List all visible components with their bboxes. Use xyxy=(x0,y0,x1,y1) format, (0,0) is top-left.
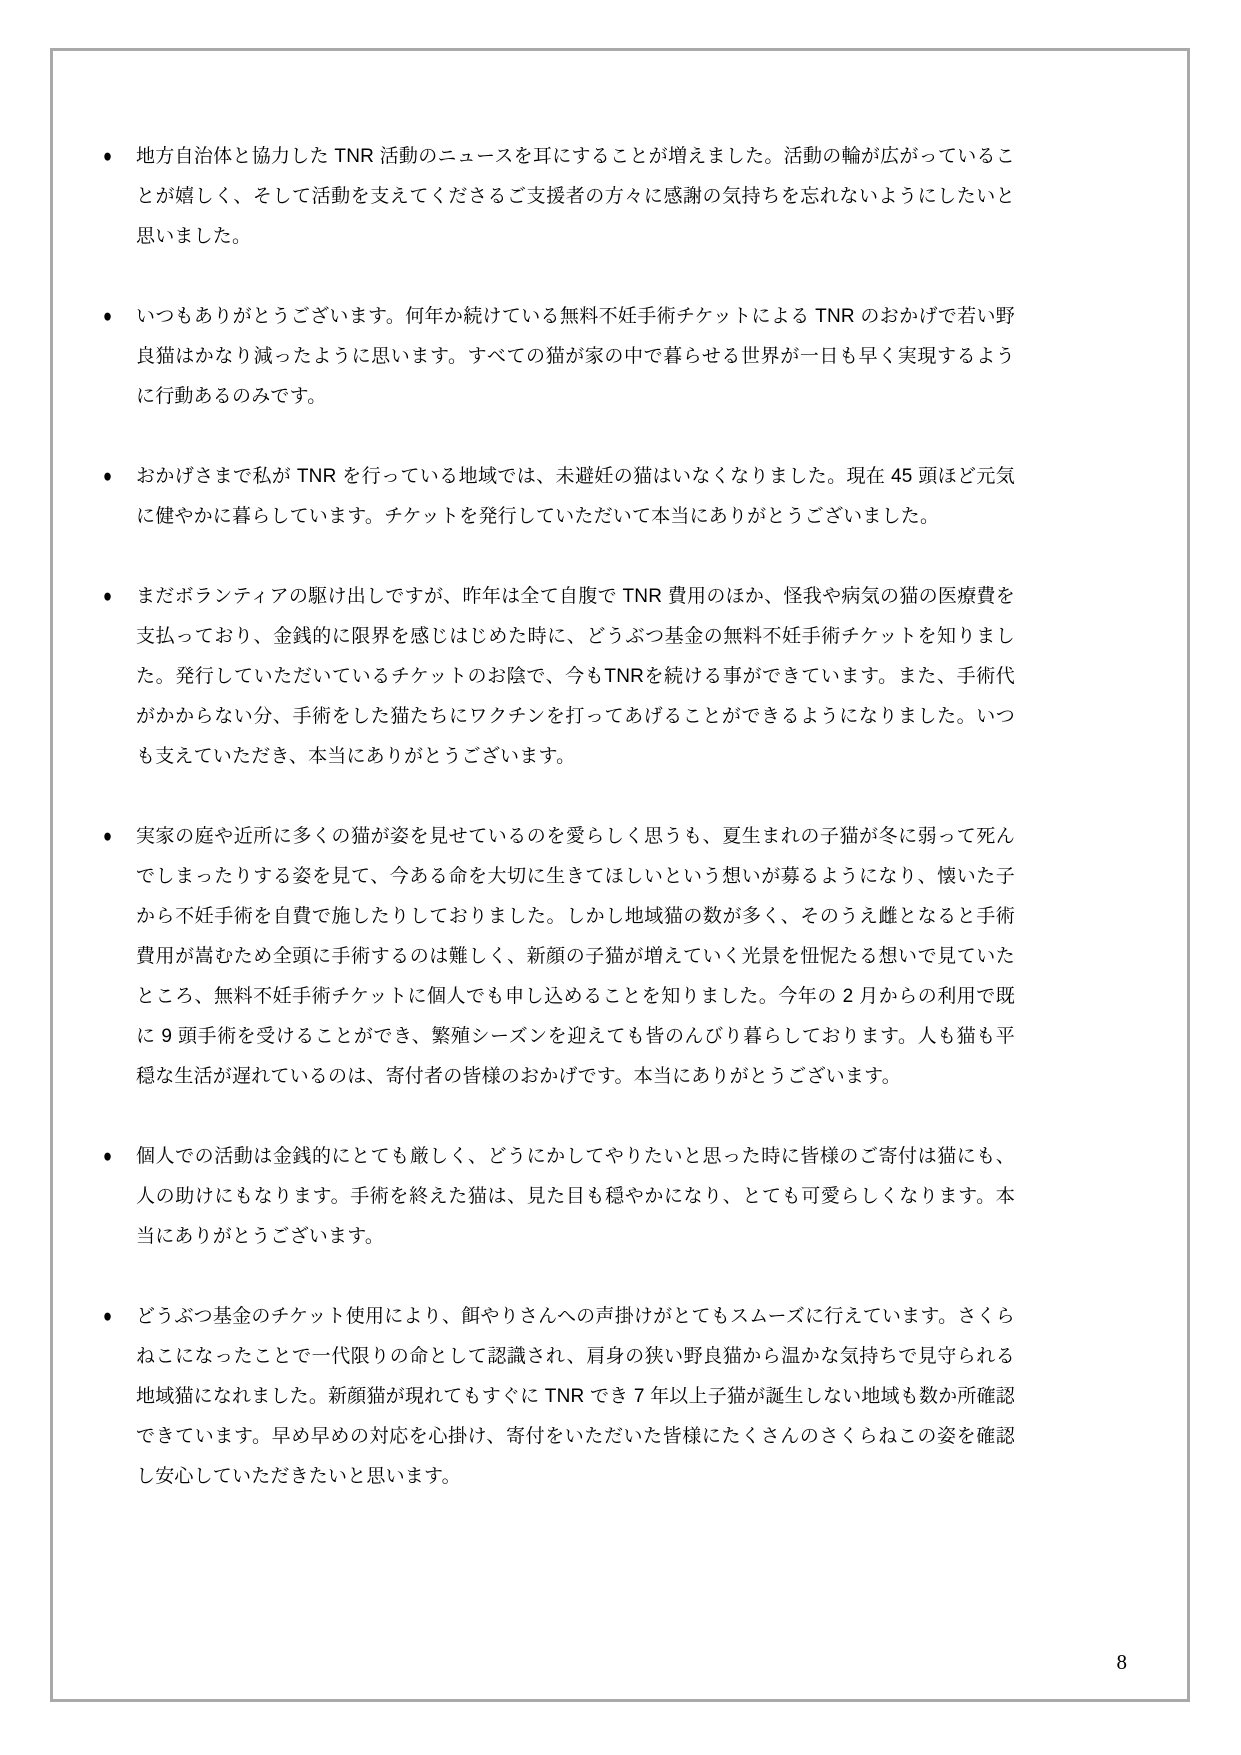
bullet-text: まだボランティアの駆け出しですが、昨年は全て自腹で TNR 費用のほか、怪我や病… xyxy=(136,577,1015,777)
list-item: ● 地方自治体と協力した TNR 活動のニュースを耳にすることが増えました。活動… xyxy=(103,137,1015,257)
list-item: ● おかげさまで私が TNR を行っている地域では、未避妊の猫はいなくなりました… xyxy=(103,457,1015,537)
bullet-text: おかげさまで私が TNR を行っている地域では、未避妊の猫はいなくなりました。現… xyxy=(136,457,1015,537)
bullet-icon: ● xyxy=(103,452,136,502)
bullet-text: 地方自治体と協力した TNR 活動のニュースを耳にすることが増えました。活動の輪… xyxy=(136,137,1015,257)
page-number: 8 xyxy=(1117,1652,1128,1673)
list-item: ● どうぶつ基金のチケット使用により、餌やりさんへの声掛けがとてもスムーズに行え… xyxy=(103,1297,1015,1497)
bullet-text: 実家の庭や近所に多くの猫が姿を見せているのを愛らしく思うも、夏生まれの子猫が冬に… xyxy=(136,817,1015,1097)
bullet-icon: ● xyxy=(103,572,136,622)
bullet-icon: ● xyxy=(103,292,136,342)
list-item: ● 個人での活動は金銭的にとても厳しく、どうにかしてやりたいと思った時に皆様のご… xyxy=(103,1137,1015,1257)
document-page: ● 地方自治体と協力した TNR 活動のニュースを耳にすることが増えました。活動… xyxy=(50,48,1190,1702)
bullet-icon: ● xyxy=(103,1292,136,1342)
bullet-icon: ● xyxy=(103,132,136,182)
bullet-icon: ● xyxy=(103,812,136,862)
bullet-icon: ● xyxy=(103,1132,136,1182)
testimonial-bullet-list: ● 地方自治体と協力した TNR 活動のニュースを耳にすることが増えました。活動… xyxy=(103,137,1015,1537)
list-item: ● まだボランティアの駆け出しですが、昨年は全て自腹で TNR 費用のほか、怪我… xyxy=(103,577,1015,777)
bullet-text: 個人での活動は金銭的にとても厳しく、どうにかしてやりたいと思った時に皆様のご寄付… xyxy=(136,1137,1015,1257)
list-item: ● いつもありがとうございます。何年か続けている無料不妊手術チケットによる TN… xyxy=(103,297,1015,417)
bullet-text: どうぶつ基金のチケット使用により、餌やりさんへの声掛けがとてもスムーズに行えてい… xyxy=(136,1297,1015,1497)
bullet-text: いつもありがとうございます。何年か続けている無料不妊手術チケットによる TNR … xyxy=(136,297,1015,417)
list-item: ● 実家の庭や近所に多くの猫が姿を見せているのを愛らしく思うも、夏生まれの子猫が… xyxy=(103,817,1015,1097)
